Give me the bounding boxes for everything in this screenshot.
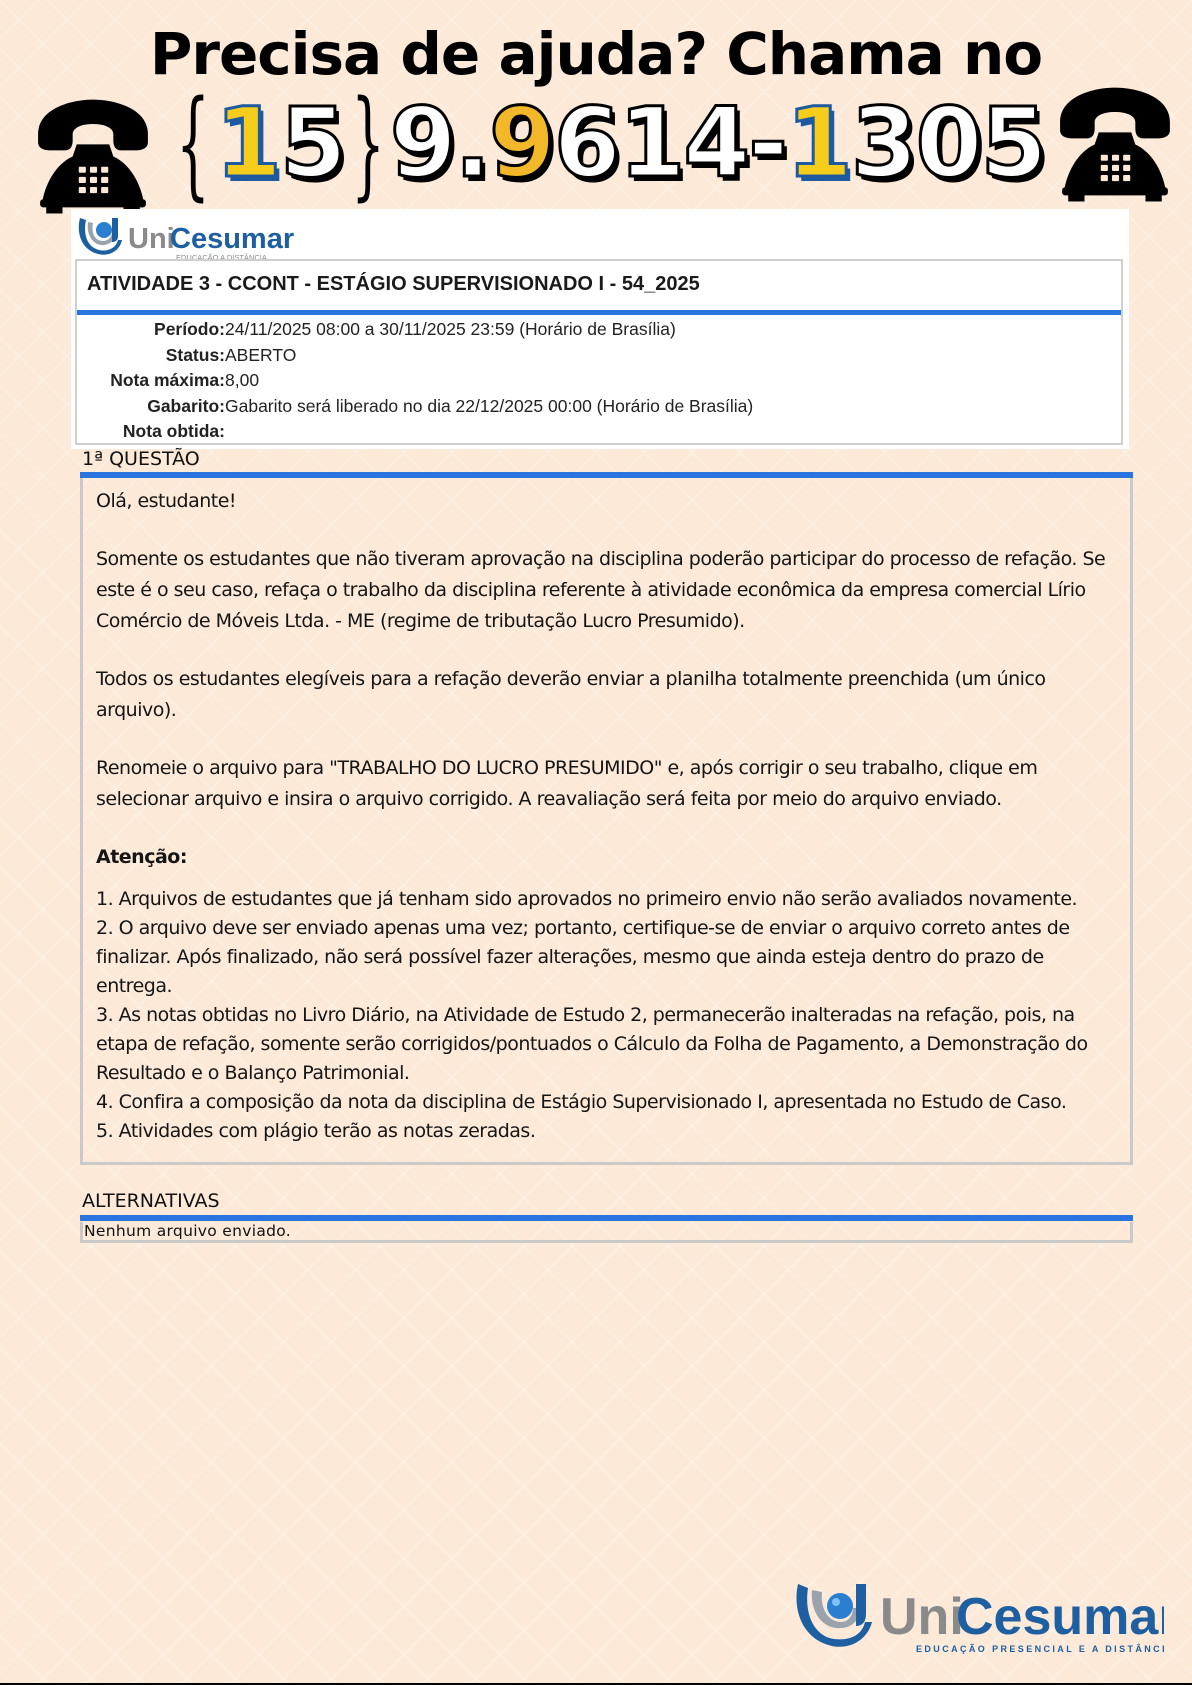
question-paragraph: Todos os estudantes elegíveis para a ref… bbox=[96, 664, 1116, 726]
promo-phone-row: { 1 5 } 9 . 9 6 1 4 - 1 3 0 5 bbox=[30, 78, 1170, 203]
question-paragraph: Somente os estudantes que não tiveram ap… bbox=[96, 544, 1116, 637]
attention-item: 5. Atividades com plágio terão as notas … bbox=[96, 1117, 1116, 1146]
phone-digit: 1 bbox=[215, 95, 280, 191]
unicesumar-footer-logo: Uni Cesumar EDUCAÇÃO PRESENCIAL E A DIST… bbox=[794, 1578, 1164, 1658]
no-file-message: Nenhum arquivo enviado. bbox=[84, 1222, 291, 1240]
promo-phone-number[interactable]: { 1 5 } 9 . 9 6 1 4 - 1 3 0 5 bbox=[170, 88, 1045, 198]
greeting: Olá, estudante! bbox=[96, 486, 1116, 517]
info-row-gabarito: Gabarito: Gabarito será liberado no dia … bbox=[77, 394, 753, 420]
alternatives-box: Nenhum arquivo enviado. bbox=[80, 1222, 1133, 1243]
telephone-icon bbox=[32, 92, 154, 217]
info-row-nota-obtida: Nota obtida: bbox=[77, 419, 753, 445]
svg-text:Cesumar: Cesumar bbox=[170, 223, 294, 255]
svg-text:Cesumar: Cesumar bbox=[956, 1588, 1164, 1646]
svg-text:EDUCAÇÃO PRESENCIAL E A DISTÂN: EDUCAÇÃO PRESENCIAL E A DISTÂNCIA bbox=[916, 1643, 1164, 1654]
attention-item: 1. Arquivos de estudantes que já tenham … bbox=[96, 885, 1116, 914]
alternatives-divider bbox=[80, 1215, 1133, 1221]
info-row-status: Status: ABERTO bbox=[77, 343, 753, 369]
activity-card: Uni Cesumar EDUCAÇÃO A DISTÂNCIA ATIVIDA… bbox=[71, 209, 1129, 449]
info-value: Gabarito será liberado no dia 22/12/2025… bbox=[225, 394, 753, 420]
attention-item: 3. As notas obtidas no Livro Diário, na … bbox=[96, 1001, 1116, 1088]
alternatives-heading: ALTERNATIVAS bbox=[82, 1190, 220, 1212]
question-body-box: Olá, estudante! Somente os estudantes qu… bbox=[80, 478, 1133, 1165]
phone-digit: 1 bbox=[619, 95, 684, 191]
attention-label: Atenção: bbox=[96, 842, 1116, 873]
question-paragraph: Renomeie o arquivo para "TRABALHO DO LUC… bbox=[96, 753, 1116, 815]
title-divider bbox=[77, 310, 1121, 315]
phone-digit: 6 bbox=[554, 95, 619, 191]
info-value: 24/11/2025 08:00 a 30/11/2025 23:59 (Hor… bbox=[225, 317, 676, 343]
info-label: Status: bbox=[77, 343, 225, 369]
phone-digit: 3 bbox=[851, 95, 916, 191]
status-value: ABERTO bbox=[225, 343, 296, 369]
svg-text:Uni: Uni bbox=[128, 223, 175, 255]
attention-item: 2. O arquivo deve ser enviado apenas uma… bbox=[96, 914, 1116, 1001]
activity-title: ATIVIDADE 3 - CCONT - ESTÁGIO SUPERVISIO… bbox=[87, 273, 700, 296]
info-row-periodo: Período: 24/11/2025 08:00 a 30/11/2025 2… bbox=[77, 317, 753, 343]
attention-item: 4. Confira a composição da nota da disci… bbox=[96, 1088, 1116, 1117]
activity-info: Período: 24/11/2025 08:00 a 30/11/2025 2… bbox=[77, 317, 753, 445]
info-label: Nota obtida: bbox=[77, 419, 225, 445]
phone-digit: 0 bbox=[916, 95, 981, 191]
info-value: 8,00 bbox=[225, 368, 259, 394]
area-code-brace-close: } bbox=[351, 84, 384, 202]
activity-header: ATIVIDADE 3 - CCONT - ESTÁGIO SUPERVISIO… bbox=[75, 259, 1123, 445]
phone-digit: 4 bbox=[683, 95, 748, 191]
info-label: Nota máxima: bbox=[77, 368, 225, 394]
phone-digit: 5 bbox=[980, 95, 1045, 191]
unicesumar-logo: Uni Cesumar EDUCAÇÃO A DISTÂNCIA bbox=[74, 212, 304, 262]
info-label: Gabarito: bbox=[77, 394, 225, 420]
info-row-nota-maxima: Nota máxima: 8,00 bbox=[77, 368, 753, 394]
phone-digit: 5 bbox=[280, 95, 345, 191]
question-text: Olá, estudante! Somente os estudantes qu… bbox=[96, 486, 1116, 1146]
area-code-brace-open: { bbox=[176, 84, 209, 202]
phone-digit: 9 bbox=[390, 95, 455, 191]
question-heading: 1ª QUESTÃO bbox=[82, 448, 200, 470]
info-label: Período: bbox=[77, 317, 225, 343]
telephone-icon bbox=[1054, 80, 1176, 205]
phone-separator: . bbox=[455, 95, 489, 191]
phone-digit: 1 bbox=[786, 95, 851, 191]
phone-digit: 9 bbox=[489, 95, 554, 191]
svg-text:Uni: Uni bbox=[880, 1588, 964, 1646]
phone-separator: - bbox=[748, 95, 786, 191]
